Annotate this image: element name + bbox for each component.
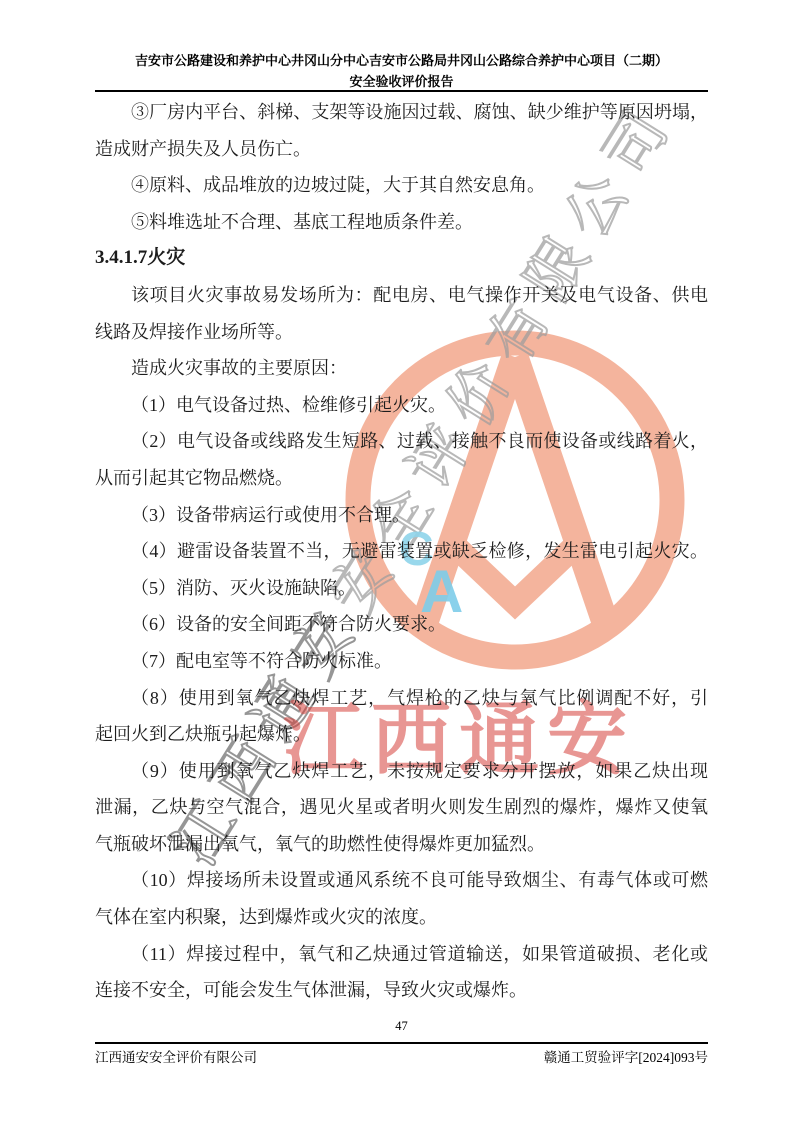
text-line: 该项目火灾事故易发场所为：配电房、电气操作开关及电气设备、供电 xyxy=(95,277,708,314)
header-rule xyxy=(95,90,708,92)
text-line: 从而引起其它物品燃烧。 xyxy=(95,460,708,497)
text-line: 泄漏，乙炔与空气混合，遇见火星或者明火则发生剧烈的爆炸，爆炸又使氧 xyxy=(95,789,708,826)
text-line: （5）消防、灭火设施缺陷。 xyxy=(95,570,708,607)
document-body: ③厂房内平台、斜梯、支架等设施因过载、腐蚀、缺少维护等原因坍塌， 造成财产损失及… xyxy=(95,94,708,1009)
text-line: ③厂房内平台、斜梯、支架等设施因过载、腐蚀、缺少维护等原因坍塌， xyxy=(95,94,708,131)
text-line: （10）焊接场所未设置或通风系统不良可能导致烟尘、有毒气体或可燃 xyxy=(95,862,708,899)
text-line: （8）使用到氧气乙炔焊工艺，气焊枪的乙炔与氧气比例调配不好，引 xyxy=(95,680,708,717)
footer-doc-number: 赣通工贸验评字[2024]093号 xyxy=(544,1046,708,1066)
text-line: （1）电气设备过热、检维修引起火灾。 xyxy=(95,387,708,424)
text-line: 连接不安全，可能会发生气体泄漏，导致火灾或爆炸。 xyxy=(95,972,708,1009)
text-line: （7）配电室等不符合防火标准。 xyxy=(95,643,708,680)
text-line: ⑤料堆选址不合理、基底工程地质条件差。 xyxy=(95,204,708,241)
section-heading: 3.4.1.7火灾 xyxy=(95,240,708,277)
text-line: 气瓶破坏泄漏出氧气，氧气的助燃性使得爆炸更加猛烈。 xyxy=(95,826,708,863)
text-line: （2）电气设备或线路发生短路、过载、接触不良而使设备或线路着火， xyxy=(95,423,708,460)
footer-company: 江西通安安全评价有限公司 xyxy=(95,1046,257,1066)
text-line: 气体在室内积聚，达到爆炸或火灾的浓度。 xyxy=(95,899,708,936)
text-line: （6）设备的安全间距不符合防火要求。 xyxy=(95,606,708,643)
text-line: （9）使用到氧气乙炔焊工艺，未按规定要求分开摆放，如果乙炔出现 xyxy=(95,753,708,790)
document-page: 江西通安安全评价有限公司 C A 江西通安 吉安市公路建设和养护中心井冈山分中心… xyxy=(0,0,793,1122)
text-line: 起回火到乙炔瓶引起爆炸。 xyxy=(95,716,708,753)
text-line: （3）设备带病运行或使用不合理。 xyxy=(95,497,708,534)
text-line: 线路及焊接作业场所等。 xyxy=(95,314,708,351)
header-title-line2: 安全验收评价报告 xyxy=(95,71,708,90)
text-line: （4）避雷设备装置不当，无避雷装置或缺乏检修，发生雷电引起火灾。 xyxy=(95,533,708,570)
text-line: ④原料、成品堆放的边坡过陡，大于其自然安息角。 xyxy=(95,167,708,204)
text-line: 造成火灾事故的主要原因： xyxy=(95,350,708,387)
text-line: （11）焊接过程中，氧气和乙炔通过管道输送，如果管道破损、老化或 xyxy=(95,936,708,973)
page-number: 47 xyxy=(95,1019,708,1034)
page-footer: 江西通安安全评价有限公司 赣通工贸验评字[2024]093号 xyxy=(95,1046,708,1066)
text-line: 造成财产损失及人员伤亡。 xyxy=(95,131,708,168)
footer-rule xyxy=(95,1042,708,1044)
header-title-line1: 吉安市公路建设和养护中心井冈山分中心吉安市公路局井冈山公路综合养护中心项目（二期… xyxy=(95,50,708,69)
